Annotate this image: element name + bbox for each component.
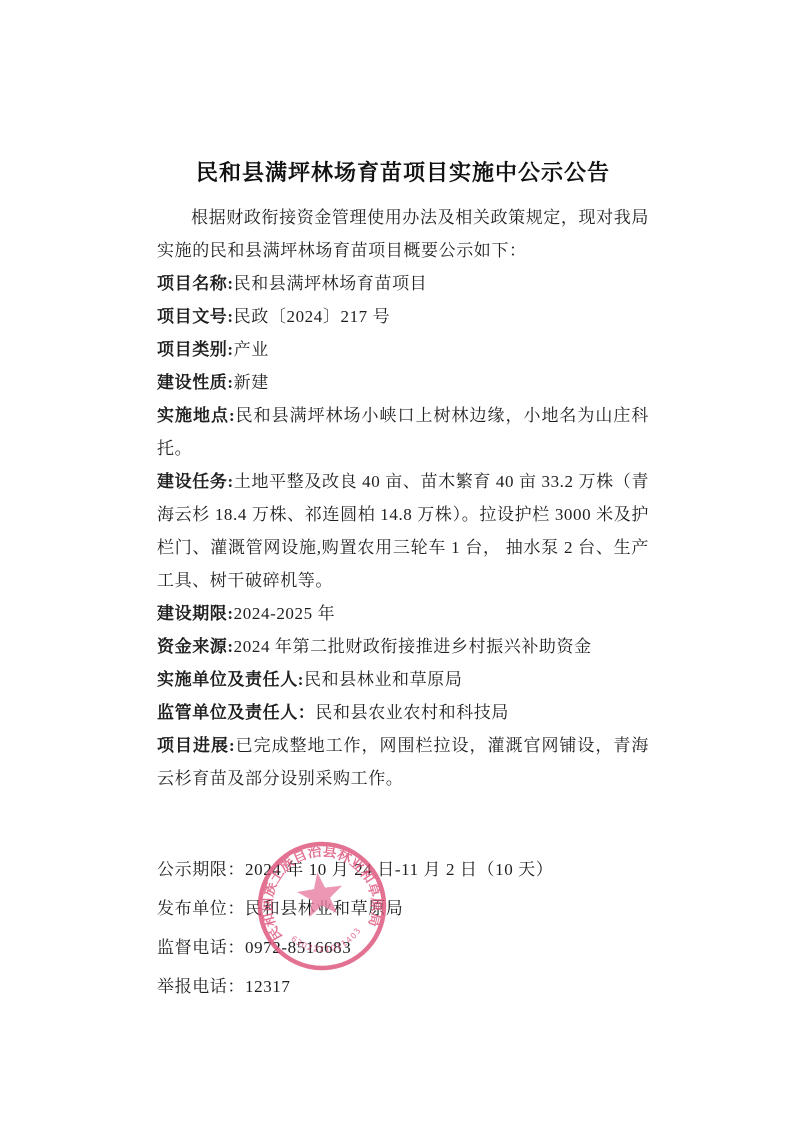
- field-label: 资金来源:: [157, 637, 234, 656]
- field-value: 2024-2025 年: [234, 604, 336, 623]
- field-label: 项目类别:: [157, 340, 234, 359]
- field-row-progress: 项目进展:已完成整地工作，网围栏拉设，灌溉官网铺设，青海云杉育苗及部分设别采购工…: [157, 729, 649, 795]
- page-title: 民和县满坪林场育苗项目实施中公示公告: [157, 158, 649, 188]
- field-label: 项目名称:: [157, 274, 234, 293]
- field-label: 项目文号:: [157, 307, 234, 326]
- footer-row-report-phone: 举报电话：12317: [157, 970, 649, 1003]
- field-label: 实施单位及责任人:: [157, 670, 304, 689]
- field-row-tasks: 建设任务:土地平整及改良 40 亩、苗木繁育 40 亩 33.2 万株（青海云杉…: [157, 465, 649, 597]
- field-value: 民政〔2024〕217 号: [234, 307, 391, 326]
- footer-label: 举报电话：: [157, 977, 245, 996]
- footer-value: 2024 年 10 月 24 日-11 月 2 日（10 天）: [245, 860, 553, 879]
- field-value: 民和县满坪林场育苗项目: [234, 274, 428, 293]
- field-row-project-name: 项目名称:民和县满坪林场育苗项目: [157, 267, 649, 300]
- field-row-nature: 建设性质:新建: [157, 366, 649, 399]
- footer-row-publisher: 发布单位：民和县林业和草原局: [157, 892, 649, 925]
- field-value: 民和县农业农村和科技局: [315, 703, 509, 722]
- field-row-category: 项目类别:产业: [157, 333, 649, 366]
- field-row-doc-number: 项目文号:民政〔2024〕217 号: [157, 300, 649, 333]
- footer-value: 0972-8516683: [245, 938, 351, 957]
- field-value: 2024 年第二批财政衔接推进乡村振兴补助资金: [234, 637, 592, 656]
- field-row-supervisor: 监管单位及责任人：民和县农业农村和科技局: [157, 696, 649, 729]
- field-label: 项目进展:: [157, 736, 235, 755]
- footer-row-publicity-period: 公示期限：2024 年 10 月 24 日-11 月 2 日（10 天）: [157, 853, 649, 886]
- field-row-location: 实施地点:民和县满坪林场小峡口上树林边缘，小地名为山庄科托。: [157, 399, 649, 465]
- footer-label: 监督电话：: [157, 938, 245, 957]
- field-row-implementer: 实施单位及责任人:民和县林业和草原局: [157, 663, 649, 696]
- footer-label: 发布单位：: [157, 899, 245, 918]
- footer-value: 民和县林业和草原局: [245, 899, 403, 918]
- footer-row-supervision-phone: 监督电话：0972-8516683: [157, 931, 649, 964]
- footer-block: 公示期限：2024 年 10 月 24 日-11 月 2 日（10 天） 发布单…: [157, 853, 649, 1003]
- field-value: 产业: [234, 340, 269, 359]
- announcement-document: 民和县满坪林场育苗项目实施中公示公告 根据财政衔接资金管理使用办法及相关政策规定…: [157, 158, 649, 1009]
- field-label: 实施地点:: [157, 406, 235, 425]
- field-label: 建设期限:: [157, 604, 234, 623]
- intro-paragraph: 根据财政衔接资金管理使用办法及相关政策规定，现对我局实施的民和县满坪林场育苗项目…: [157, 201, 649, 267]
- field-row-funding: 资金来源:2024 年第二批财政衔接推进乡村振兴补助资金: [157, 630, 649, 663]
- footer-label: 公示期限：: [157, 860, 245, 879]
- field-label: 建设性质:: [157, 373, 234, 392]
- field-label: 监管单位及责任人：: [157, 703, 315, 722]
- field-value: 新建: [234, 373, 269, 392]
- document-body: 根据财政衔接资金管理使用办法及相关政策规定，现对我局实施的民和县满坪林场育苗项目…: [157, 201, 649, 795]
- field-label: 建设任务:: [157, 472, 234, 491]
- field-value: 民和县林业和草原局: [304, 670, 462, 689]
- footer-value: 12317: [245, 977, 291, 996]
- field-row-duration: 建设期限:2024-2025 年: [157, 597, 649, 630]
